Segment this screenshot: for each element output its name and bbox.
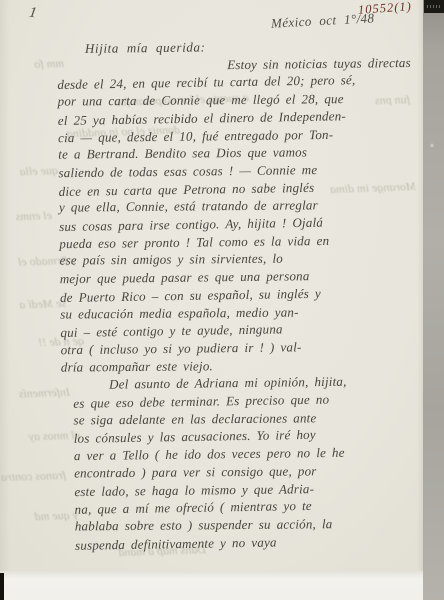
paragraph-1: Estoy sin noticias tuyas directasdesde e… bbox=[57, 53, 427, 376]
scan-edge-bottom-left bbox=[0, 573, 4, 600]
handwritten-line: dría acompañar este viejo. bbox=[61, 355, 427, 376]
bleedthrough-fragment: que ella bbox=[0, 164, 58, 178]
handwritten-line: te a Bertrand. Bendito sea Dios que vamo… bbox=[58, 143, 424, 164]
bleedthrough-fragment: se Medí a bbox=[0, 297, 66, 311]
underlying-sheet bbox=[0, 571, 423, 600]
bleedthrough-fragment: franos contra bbox=[0, 469, 66, 483]
paragraph-2: Del asunto de Adriana mi opinión, hijita… bbox=[73, 372, 429, 553]
bleedthrough-fragment: Infermenís bbox=[0, 386, 70, 400]
scanned-letter-page: a cuenta el lor no pasan fuedonniz el no… bbox=[0, 0, 444, 600]
scanner-corner-dark-block bbox=[424, 0, 444, 13]
handwritten-line: encontrado ) para ver si consigo que, po… bbox=[74, 461, 428, 482]
letter-body: Hijita mía querida: Estoy sin noticias t… bbox=[57, 36, 429, 554]
bleedthrough-fragment: mm fo bbox=[2, 57, 64, 71]
bleedthrough-fragment: el enms bbox=[0, 209, 52, 223]
